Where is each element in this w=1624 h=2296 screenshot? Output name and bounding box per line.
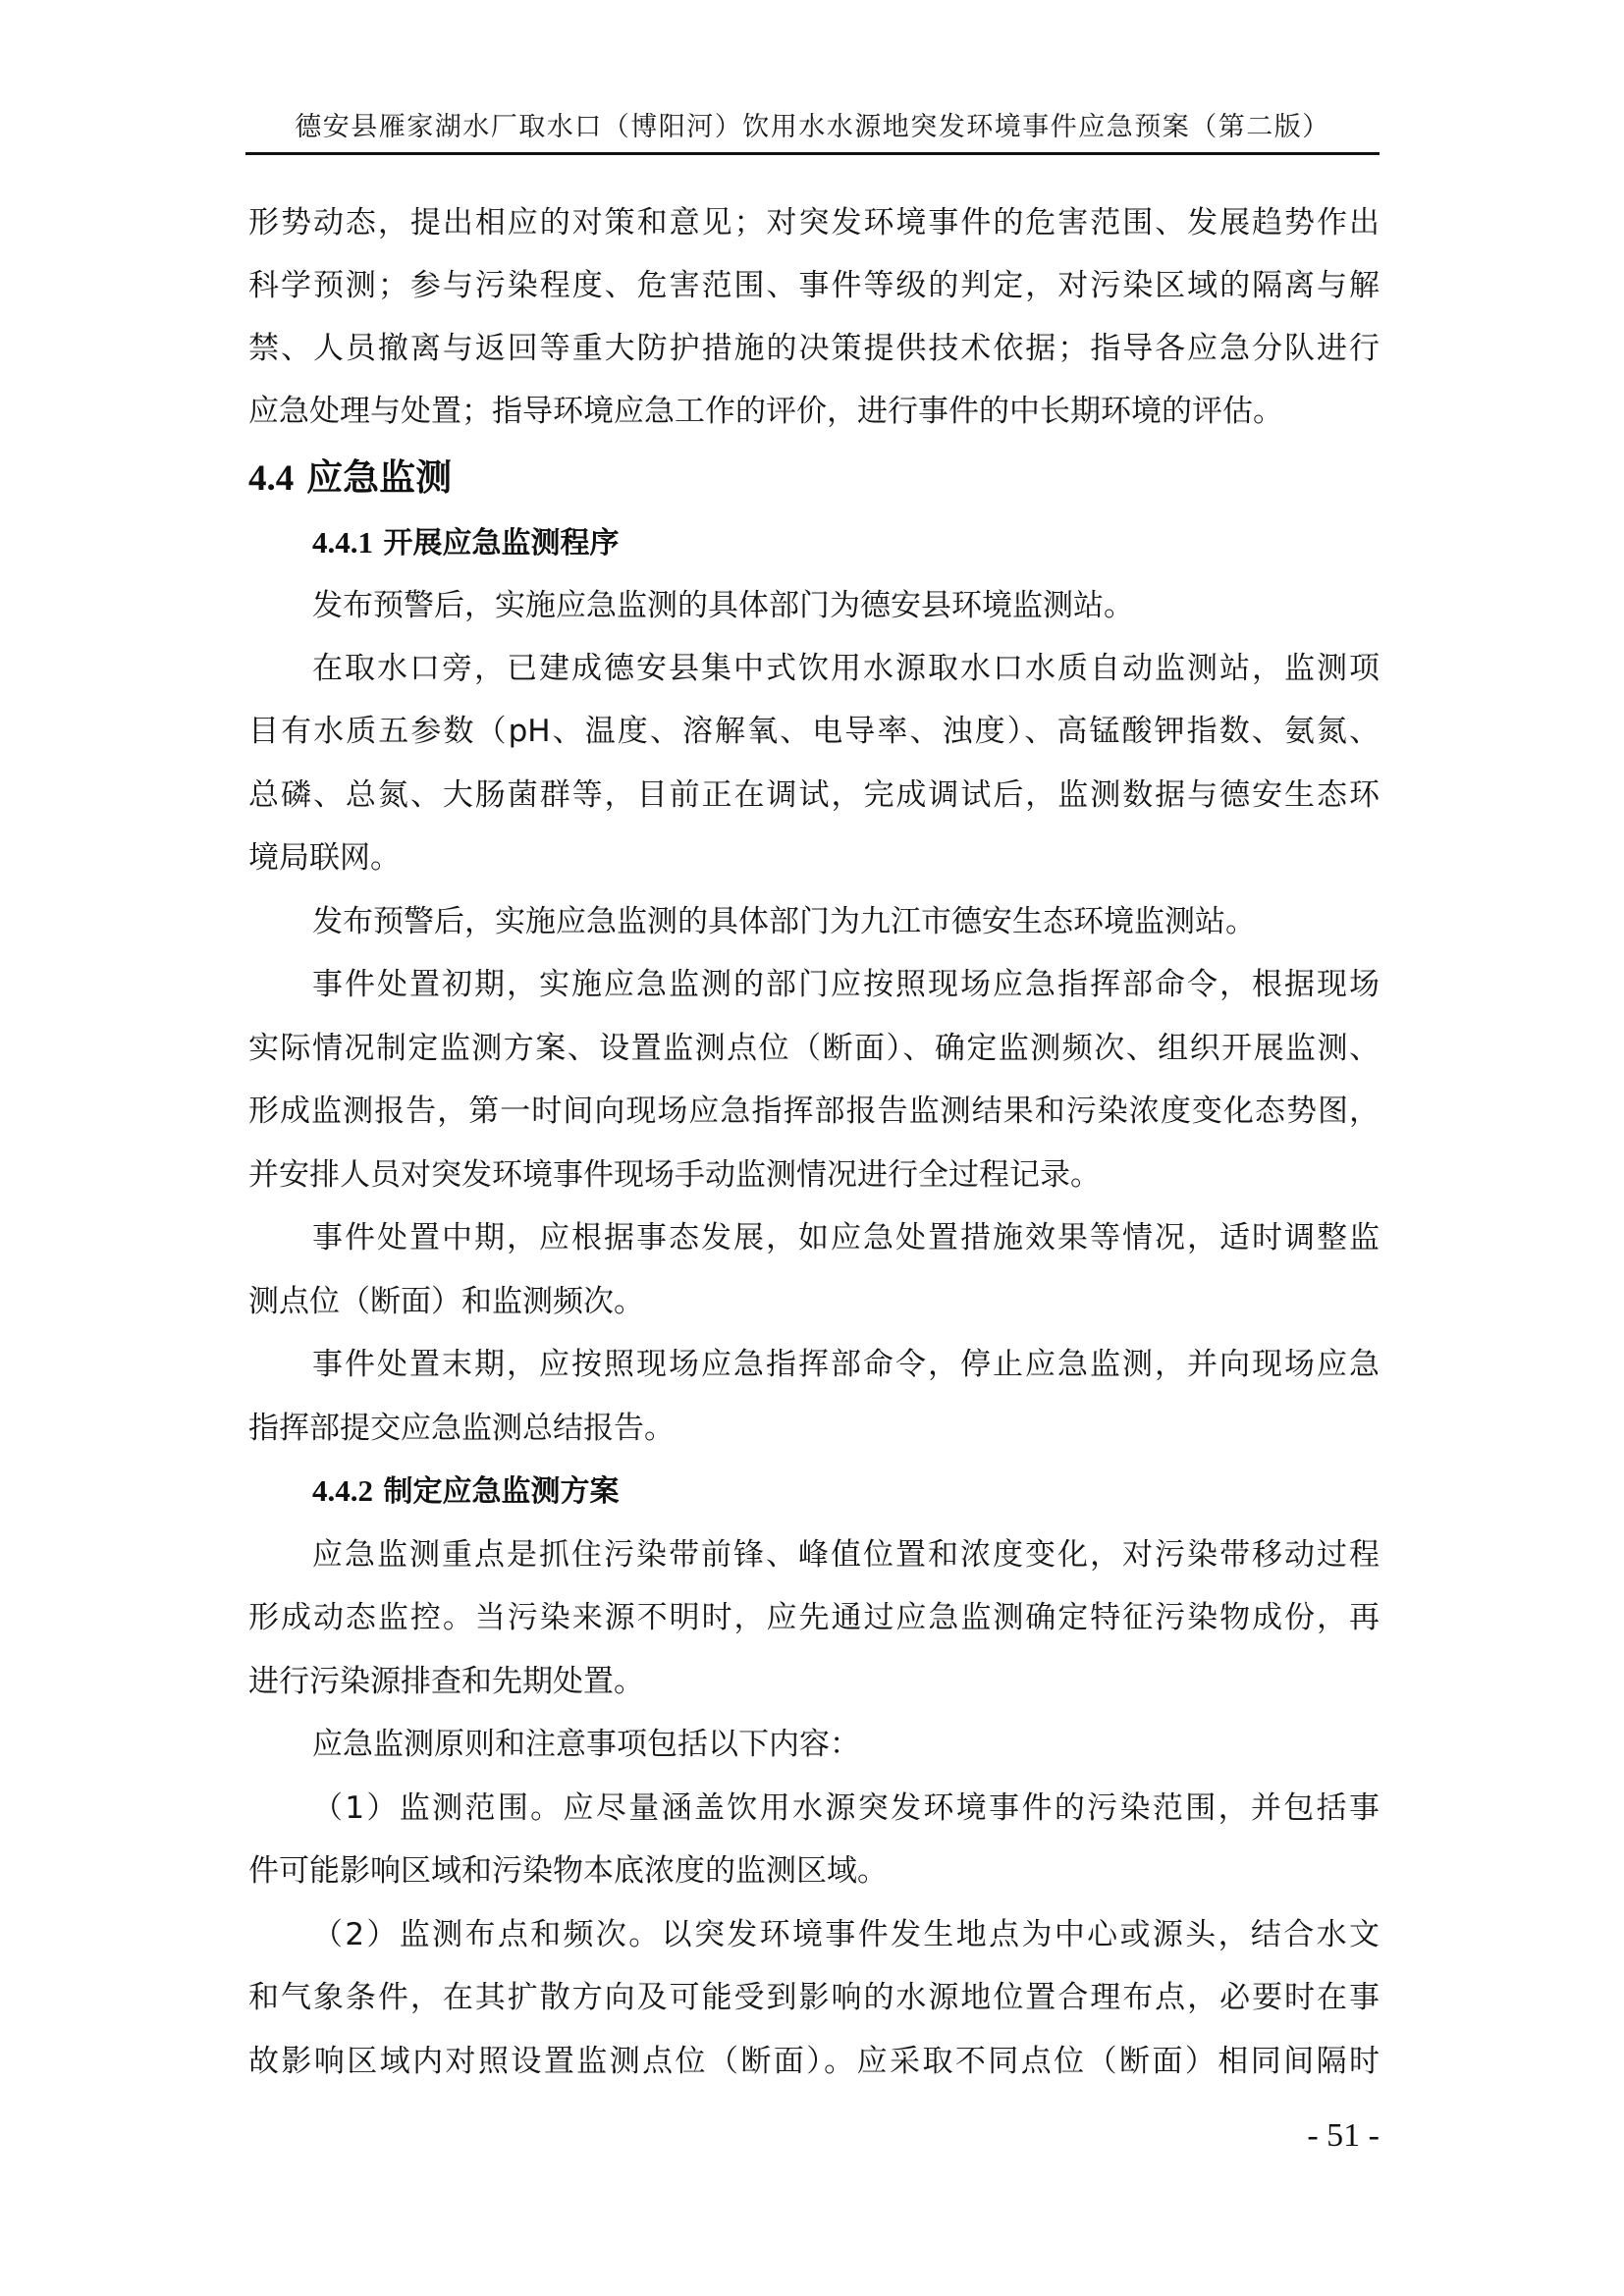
page-number: - 51 - bbox=[1257, 2117, 1380, 2155]
body-line: 应急监测原则和注意事项包括以下内容： bbox=[312, 1725, 1380, 1764]
body-line: 发布预警后，实施应急监测的具体部门为九江市德安生态环境监测站。 bbox=[312, 902, 1380, 941]
body-line: 形成监测报告，第一时间向现场应急指挥部报告监测结果和污染浓度变化态势图， bbox=[248, 1092, 1380, 1131]
body-line: 故影响区域内对照设置监测点位（断面）。应采取不同点位（断面）相同间隔时 bbox=[248, 2042, 1380, 2081]
body-line: 事件处置末期，应按照现场应急指挥部命令，停止应急监测，并向现场应急 bbox=[312, 1345, 1380, 1384]
body-line: 和气象条件，在其扩散方向及可能受到影响的水源地位置合理布点，必要时在事 bbox=[248, 1978, 1380, 2017]
section-title: 应急监测 bbox=[306, 455, 452, 499]
running-header: 德安县雁家湖水厂取水口（博阳河）饮用水水源地突发环境事件应急预案（第二版） bbox=[245, 111, 1380, 144]
body-line: 发布预警后，实施应急监测的具体部门为德安县环境监测站。 bbox=[312, 586, 1380, 625]
subsection-number: 4.4.2 bbox=[312, 1473, 373, 1508]
subsection-title: 开展应急监测程序 bbox=[383, 526, 619, 561]
body-line: 禁、人员撤离与返回等重大防护措施的决策提供技术依据；指导各应急分队进行 bbox=[248, 329, 1380, 368]
subsection-title: 制定应急监测方案 bbox=[383, 1474, 619, 1509]
body-line: 境局联网。 bbox=[248, 838, 1380, 878]
section-number: 4.4 bbox=[248, 458, 294, 499]
body-line: 形势动态，提出相应的对策和意见；对突发环境事件的危害范围、发展趋势作出 bbox=[248, 203, 1380, 242]
body-line: （2）监测布点和频次。以突发环境事件发生地点为中心或源头，结合水文 bbox=[312, 1915, 1380, 1954]
body-line: 件可能影响区域和污染物本底浓度的监测区域。 bbox=[248, 1851, 1380, 1891]
section-heading-4-4: 4.4 应急监测 bbox=[248, 455, 452, 501]
subsection-heading-4-4-1: 4.4.1 开展应急监测程序 bbox=[312, 523, 619, 563]
body-line: 形成动态监控。当污染来源不明时，应先通过应急监测确定特征污染物成份，再 bbox=[248, 1598, 1380, 1637]
body-line: 指挥部提交应急监测总结报告。 bbox=[248, 1409, 1380, 1448]
body-line: 测点位（断面）和监测频次。 bbox=[248, 1282, 1380, 1321]
subsection-heading-4-4-2: 4.4.2 制定应急监测方案 bbox=[312, 1471, 619, 1512]
body-line: 总磷、总氮、大肠菌群等，目前正在调试，完成调试后，监测数据与德安生态环 bbox=[248, 775, 1380, 815]
document-page: 德安县雁家湖水厂取水口（博阳河）饮用水水源地突发环境事件应急预案（第二版） 形势… bbox=[0, 0, 1624, 2296]
body-line: 在取水口旁，已建成德安县集中式饮用水源取水口水质自动监测站，监测项 bbox=[312, 649, 1380, 688]
body-line: 事件处置初期，实施应急监测的部门应按照现场应急指挥部命令，根据现场 bbox=[312, 965, 1380, 1004]
header-rule bbox=[245, 152, 1380, 155]
body-line: （1）监测范围。应尽量涵盖饮用水源突发环境事件的污染范围，并包括事 bbox=[312, 1789, 1380, 1828]
body-line: 应急监测重点是抓住污染带前锋、峰值位置和浓度变化，对污染带移动过程 bbox=[312, 1535, 1380, 1575]
body-line: 应急处理与处置；指导环境应急工作的评价，进行事件的中长期环境的评估。 bbox=[248, 392, 1380, 431]
body-line: 目有水质五参数（pH、温度、溶解氧、电导率、浊度）、高锰酸钾指数、氨氮、 bbox=[248, 712, 1380, 751]
body-line: 科学预测；参与污染程度、危害范围、事件等级的判定，对污染区域的隔离与解 bbox=[248, 266, 1380, 305]
body-line: 并安排人员对突发环境事件现场手动监测情况进行全过程记录。 bbox=[248, 1155, 1380, 1195]
body-line: 进行污染源排查和先期处置。 bbox=[248, 1662, 1380, 1701]
body-line: 事件处置中期，应根据事态发展，如应急处置措施效果等情况，适时调整监 bbox=[312, 1218, 1380, 1257]
body-line: 实际情况制定监测方案、设置监测点位（断面）、确定监测频次、组织开展监测、 bbox=[248, 1029, 1380, 1068]
subsection-number: 4.4.1 bbox=[312, 525, 373, 560]
